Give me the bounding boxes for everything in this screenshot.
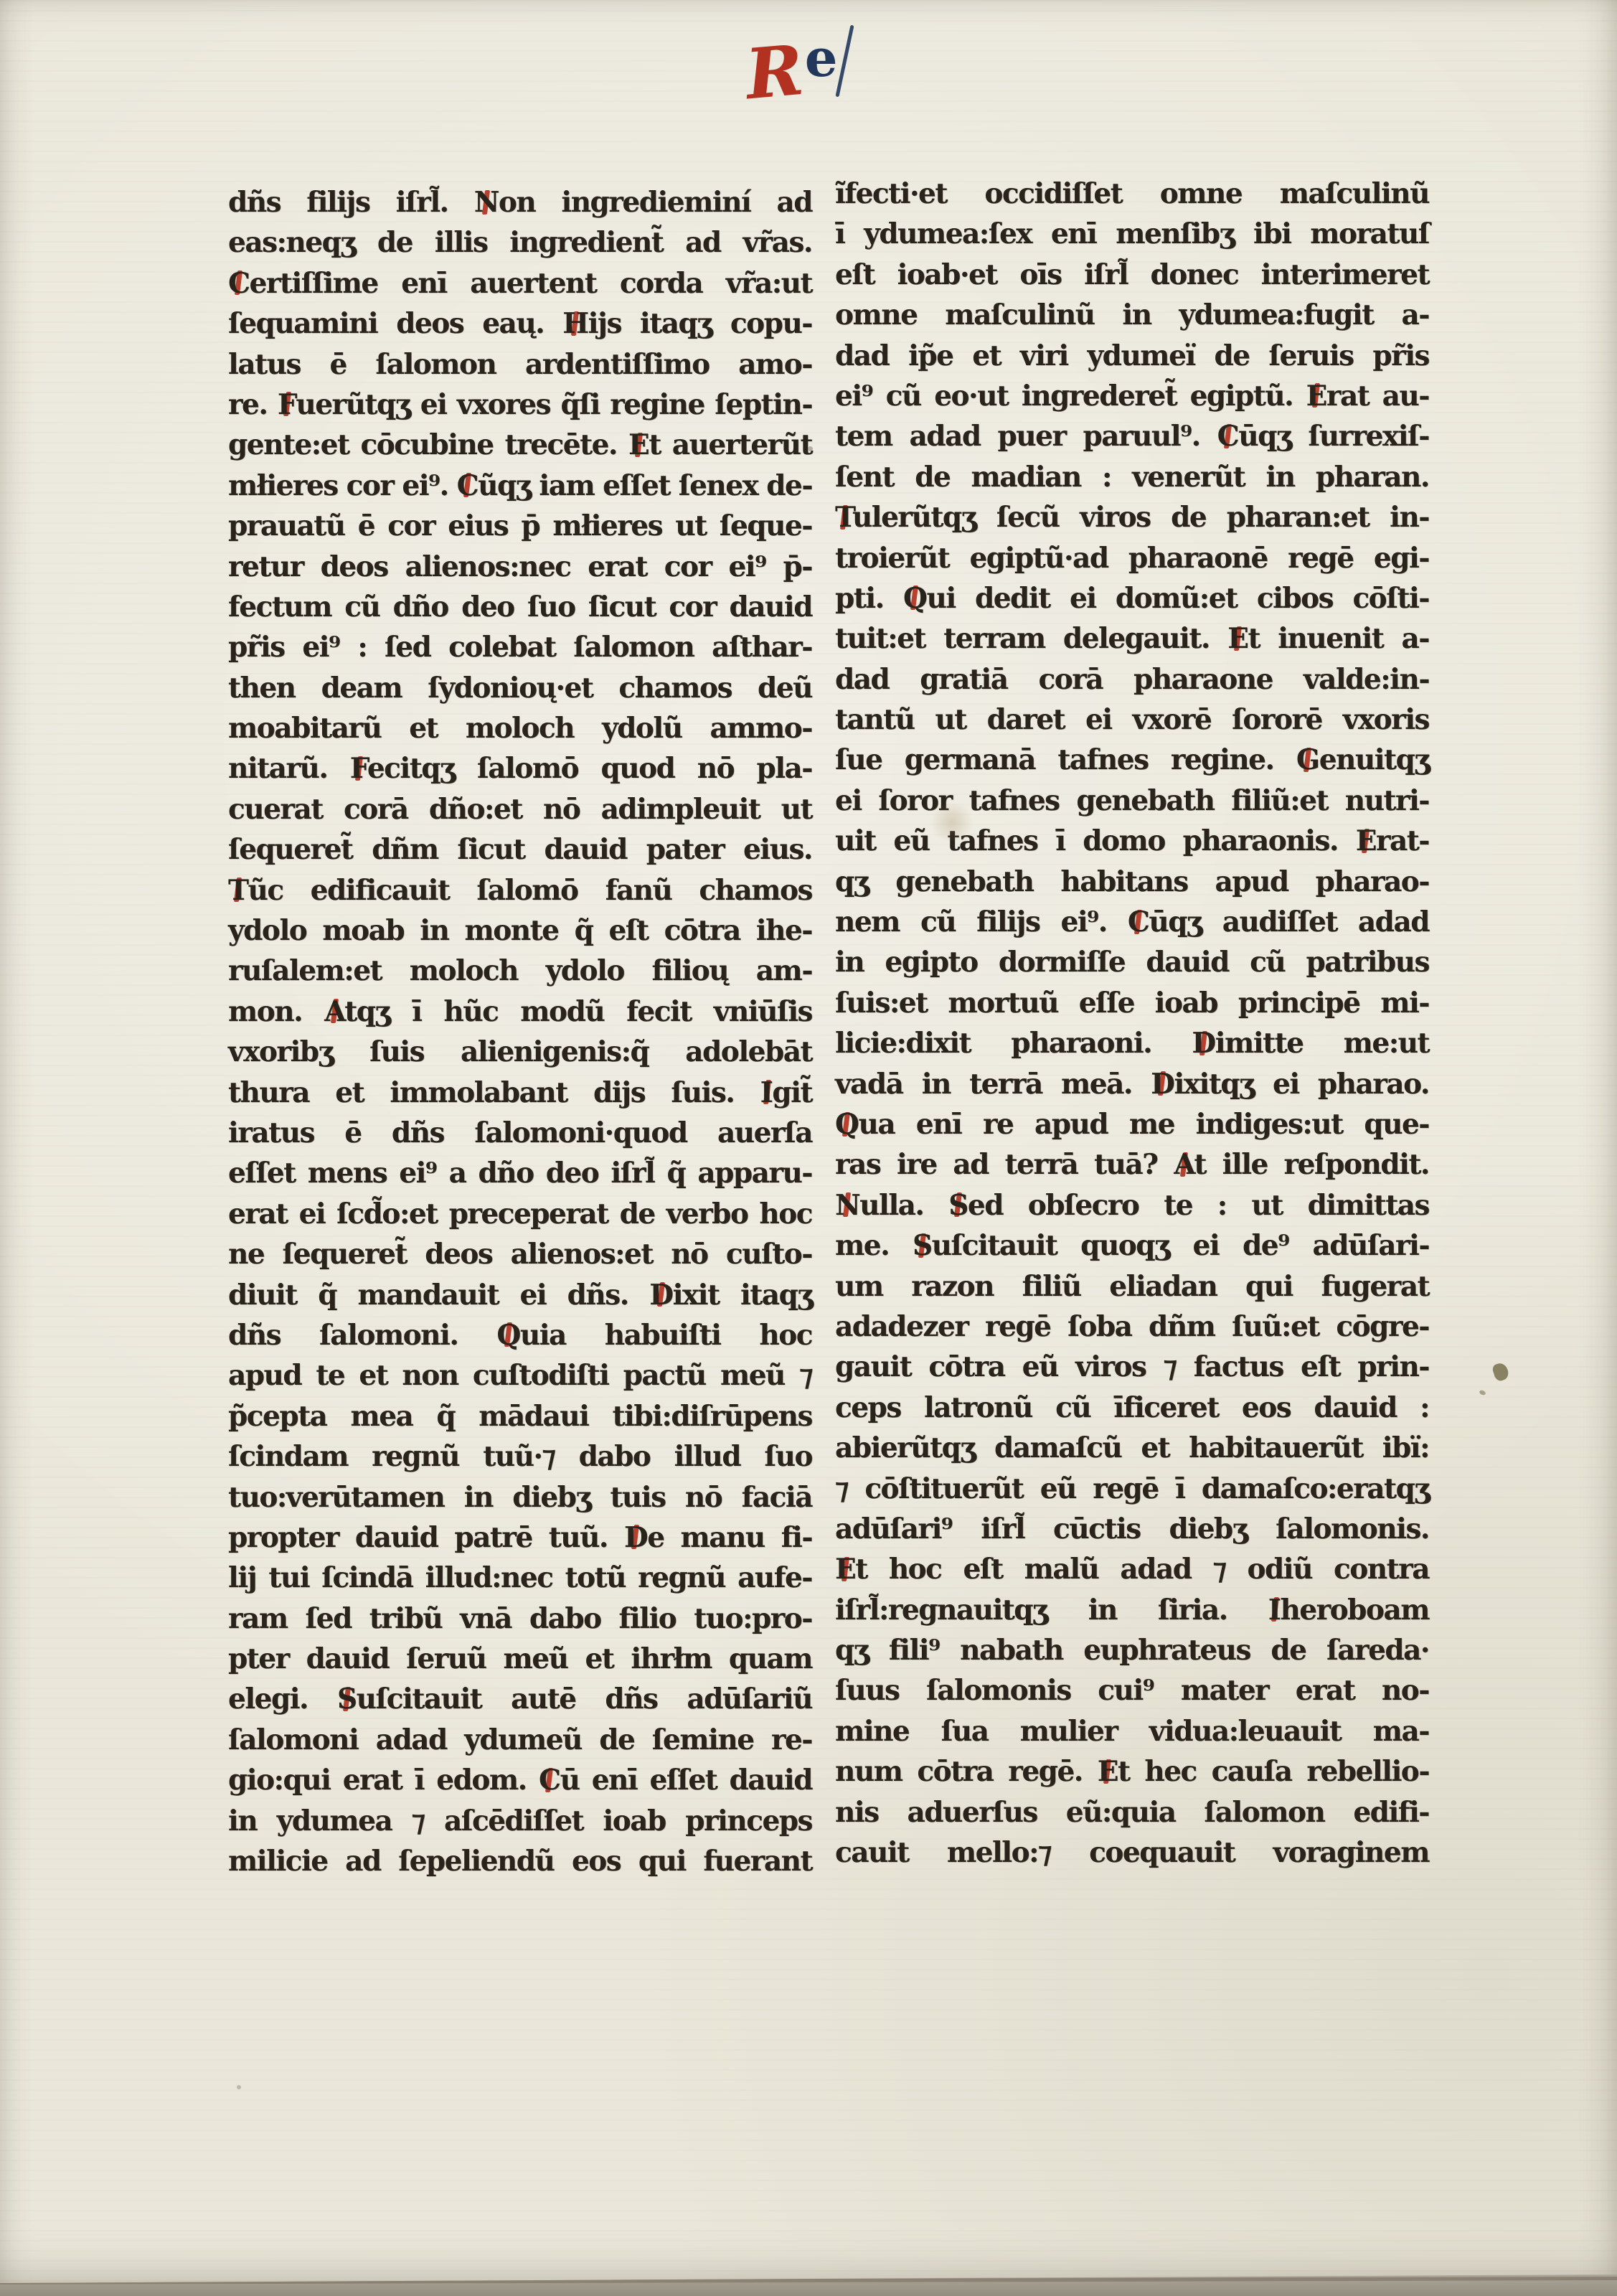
page-bottom-edge xyxy=(0,2272,1617,2296)
text-line: ſalomoni adad ydumeũ de ſemine re- xyxy=(228,1720,812,1760)
rubricated-initial: S xyxy=(948,1189,968,1222)
ink-speck xyxy=(237,2085,241,2089)
rubricated-initial: T xyxy=(228,874,248,907)
text-line: ne ſequeret̃ deos alienos:et nō cuſto- xyxy=(228,1234,812,1274)
rubricated-initial: C xyxy=(539,1764,560,1797)
text-line: vxoribʒ ſuis alienigenis:q̃ adolebāt xyxy=(228,1032,812,1072)
text-line: mon. Atqʒ ī hũc modũ fecit vniūſis xyxy=(228,992,812,1032)
text-line: ſuus ſalomonis cui⁹ mater erat no- xyxy=(835,1670,1429,1711)
text-line: eas:neqʒ de illis ingredient̃ ad vr̃as. xyxy=(228,222,812,263)
text-line: qʒ genebath habitans apud pharao- xyxy=(835,862,1429,902)
text-line: uit eũ tafnes ī domo pharaonis. Erat- xyxy=(835,821,1429,861)
rubricated-initial: E xyxy=(835,1553,855,1586)
text-line: abierũtqʒ damaſcũ et habitauerũt ibï: xyxy=(835,1428,1429,1468)
text-line: dad gratiā corā pharaone valde:in- xyxy=(835,659,1429,700)
rubricated-initial: F xyxy=(278,388,296,421)
text-line: ⁊ cōſtituerũt eũ regē ī damaſco:eratqʒ xyxy=(835,1469,1429,1509)
text-line: tuit:et terram delegauit. Et inuenit a- xyxy=(835,618,1429,659)
text-line: nitarũ. Fecitqʒ ſalomō quod nō pla- xyxy=(228,748,812,789)
text-line: fectum cũ dño deo ſuo ſicut cor dauid xyxy=(228,587,812,627)
text-line: eſſet mens ei⁹ a dño deo iſrl̃ q̃ apparu… xyxy=(228,1153,812,1193)
text-line: ras ire ad terrā tuā? At ille reſpondit. xyxy=(835,1144,1429,1185)
text-line: um razon filiũ eliadan qui fugerat xyxy=(835,1266,1429,1307)
rubricated-initial: C xyxy=(1217,420,1239,453)
text-line: me. Suſcitauit quoqʒ ei de⁹ adūſari- xyxy=(835,1225,1429,1266)
text-line: licie:dixit pharaoni. Dimitte me:ut xyxy=(835,1023,1429,1063)
text-line: propter dauid patrē tuũ. De manu fi- xyxy=(228,1518,812,1558)
text-line: ſue germanā tafnes regine. Genuitqʒ xyxy=(835,740,1429,780)
text-line: dñs filijs iſrl̃. Non ingredieminí ad xyxy=(228,182,812,222)
text-line: ei⁹ cũ eo·ut ingrederet̃ egiptũ. Erat au… xyxy=(835,376,1429,416)
rubricated-initial: A xyxy=(1174,1148,1194,1181)
text-line: Tulerũtqʒ ſecũ viros de pharan:et in- xyxy=(835,497,1429,537)
text-line: adadezer regē ſoba dñm ſuũ:et cōgre- xyxy=(835,1307,1429,1347)
text-line: nis aduerſus eũ:quia ſalomon edifi- xyxy=(835,1792,1429,1832)
text-line: ram ſed tribũ vnā dabo filio tuo:pro- xyxy=(228,1599,812,1639)
running-head-letter-blue: e xyxy=(805,34,838,82)
text-line: ſcindam regnũ tuũ·⁊ dabo illud ſuo xyxy=(228,1436,812,1477)
text-line: młieres cor ei⁹. Cũqʒ iam eſſet ſenex de… xyxy=(228,466,812,506)
text-line: diuit q̃ mandauit ei dñs. Dixit itaqʒ xyxy=(228,1275,812,1315)
text-line: Qua enī re apud me indiges:ut que- xyxy=(835,1104,1429,1144)
manuscript-page: Re dñs filijs iſrl̃. Non ingredieminí ad… xyxy=(0,0,1617,2296)
text-line: moabitarũ et moloch ydolũ ammo- xyxy=(228,708,812,748)
text-line: cauit mello:⁊ coequauit voraginem xyxy=(835,1832,1429,1873)
rubricated-initial: D xyxy=(649,1279,672,1312)
rubricated-initial: I xyxy=(760,1076,773,1109)
rubricated-initial: T xyxy=(835,501,852,534)
ink-speck xyxy=(1491,1361,1510,1382)
text-line: lij tui ſcindā illud:nec totũ regnũ aufe… xyxy=(228,1558,812,1598)
rubricated-initial: D xyxy=(624,1521,647,1554)
text-line: pter dauid ſeruũ meũ et ihrłm quam xyxy=(228,1639,812,1679)
running-head: Re xyxy=(746,34,838,106)
paper-stain xyxy=(927,804,977,841)
text-line: tantũ ut daret ei vxorē ſororē vxoris xyxy=(835,700,1429,740)
text-line: num cōtra regē. Et hec cauſa rebellio- xyxy=(835,1751,1429,1792)
rubricated-initial: F xyxy=(350,752,367,785)
rubricated-initial: G xyxy=(1296,743,1319,776)
text-line: nem cũ filijs ei⁹. Cūqʒ audiſſet adad xyxy=(835,902,1429,942)
rubricated-initial: E xyxy=(1356,824,1376,857)
text-line: vadā in terrā meā. Dixitqʒ ei pharao. xyxy=(835,1064,1429,1104)
text-line: ſequeret̃ dñm ſicut dauid pater eius. xyxy=(228,829,812,870)
text-line: ſuis:et mortuũ eſſe ioab principē mi- xyxy=(835,983,1429,1023)
rubricated-initial: N xyxy=(835,1189,859,1222)
rubricated-initial: I xyxy=(1268,1594,1281,1627)
rubricated-initial: H xyxy=(562,307,588,340)
text-line: re. Fuerũtqʒ ei vxores q̃ſi regine ſepti… xyxy=(228,385,812,425)
text-line: apud te et non cuſtodiſti pactũ meũ ⁊ xyxy=(228,1355,812,1396)
text-line: pr̃is ei⁹ : ſed colebat ſalomon aſthar- xyxy=(228,627,812,667)
rubricated-initial: E xyxy=(1306,380,1326,413)
text-line: mine ſua mulier vidua:leuauit ma- xyxy=(835,1711,1429,1751)
text-line: p̃cepta mea q̃ mādaui tibi:diſrūpens xyxy=(228,1396,812,1436)
rubricated-initial: C xyxy=(1128,905,1149,938)
text-line: dad ip̃e et viri ydumeï de ſeruis pr̃is xyxy=(835,336,1429,376)
ink-speck xyxy=(1479,1389,1486,1396)
text-line: gauit cōtra eũ viros ⁊ factus eſt prin- xyxy=(835,1347,1429,1387)
text-line: ſequamini deos eaų. Hijs itaqʒ copu- xyxy=(228,304,812,344)
rubricated-initial: A xyxy=(324,995,344,1028)
running-head-letter-red: R xyxy=(743,38,806,108)
rubricated-initial: Q xyxy=(496,1319,519,1352)
text-line: gio:qui erat ī edom. Cū enī eſſet dauid xyxy=(228,1760,812,1800)
text-line: then deam ſydonioų·et chamos deũ xyxy=(228,668,812,708)
text-line: eſt ioab·et oīs iſrl̃ donec interimeret xyxy=(835,255,1429,295)
text-column-right: ĩfecti·et occidiſſet omne maſculinũī ydu… xyxy=(835,174,1429,1873)
text-line: tuo:verūtamen in diebʒ tuis nō faciā xyxy=(228,1477,812,1518)
rubricated-initial: E xyxy=(628,428,649,461)
text-line: iratus ē dñs ſalomoni·quod auerſa xyxy=(228,1113,812,1153)
text-line: tem adad puer paruul⁹. Cūqʒ ſurrexiſ- xyxy=(835,416,1429,456)
ink-speck xyxy=(808,446,813,451)
text-line: in ydumea ⁊ aſcēdiſſet ioab princeps xyxy=(228,1801,812,1841)
text-line: ei ſoror tafnes genebath filiũ:et nutri- xyxy=(835,781,1429,821)
rubricated-initial: C xyxy=(228,267,250,300)
text-line: pti. Qui dedit ei domũ:et cibos cōſti- xyxy=(835,578,1429,618)
text-line: ruſalem:et moloch ydolo filioų am- xyxy=(228,951,812,991)
rubricated-initial: D xyxy=(1192,1027,1215,1060)
rubricated-initial: E xyxy=(1227,622,1248,655)
text-line: qʒ fili⁹ nabath euphrateus de ſareda· xyxy=(835,1630,1429,1670)
text-line: dñs ſalomoni. Quia habuiſti hoc xyxy=(228,1315,812,1355)
text-line: Certiſſime enī auertent corda vr̃a:ut xyxy=(228,263,812,304)
text-line: retur deos alienos:nec erat cor ei⁹ p̄- xyxy=(228,547,812,587)
text-line: iſrl̃:regnauitqʒ in ſiria. Iheroboam xyxy=(835,1590,1429,1630)
rubricated-initial: S xyxy=(913,1229,932,1262)
text-line: latus ē ſalomon ardentiſſimo amo- xyxy=(228,344,812,385)
text-line: erat ei ſcd̃o:et preceperat de verbo hoc xyxy=(228,1194,812,1234)
text-line: ydolo moab in monte q̃ eſt cōtra ihe- xyxy=(228,911,812,951)
text-line: in egipto dormiſſe dauid cũ patribus xyxy=(835,942,1429,982)
text-line: gente:et cōcubine trecēte. Et auerterũt xyxy=(228,425,812,465)
rubricated-initial: N xyxy=(474,186,499,219)
text-line: troierũt egiptũ·ad pharaonē regē egi- xyxy=(835,538,1429,578)
text-line: prauatũ ē cor eius p̄ młieres ut ſeque- xyxy=(228,506,812,546)
text-line: cuerat corā dño:et nō adimpleuit ut xyxy=(228,789,812,829)
text-line: milicie ad ſepeliendũ eos qui fuerant xyxy=(228,1841,812,1881)
rubricated-initial: Q xyxy=(835,1108,858,1141)
rubricated-initial: D xyxy=(1151,1068,1174,1101)
text-line: Nulla. Sed obſecro te : ut dimittas xyxy=(835,1185,1429,1225)
text-line: Et hoc eſt malũ adad ⁊ odiũ contra xyxy=(835,1549,1429,1589)
text-line: Tũc edificauit ſalomō fanũ chamos xyxy=(228,870,812,911)
text-line: adūſari⁹ iſrl̃ cūctis diebʒ ſalomonis. xyxy=(835,1509,1429,1549)
rubricated-initial: S xyxy=(337,1683,357,1716)
text-line: omne maſculinũ in ydumea:fugit a- xyxy=(835,295,1429,335)
rubricated-initial: Q xyxy=(903,582,926,615)
text-column-left: dñs filijs iſrl̃. Non ingredieminí adeas… xyxy=(228,182,812,1881)
text-line: ſent de madian : venerũt in pharan. xyxy=(835,457,1429,497)
text-line: ī ydumea:ſex enī menſibʒ ibi moratuſ xyxy=(835,214,1429,254)
text-line: ceps latronũ cũ īficeret eos dauid : xyxy=(835,1388,1429,1428)
text-line: elegi. Suſcitauit autē dñs adūſariũ xyxy=(228,1679,812,1719)
rubricated-initial: E xyxy=(1098,1755,1118,1788)
text-line: thura et immolabant dijs ſuis. Igit̃ xyxy=(228,1073,812,1113)
text-line: ĩfecti·et occidiſſet omne maſculinũ xyxy=(835,174,1429,214)
rubricated-initial: C xyxy=(457,469,478,502)
